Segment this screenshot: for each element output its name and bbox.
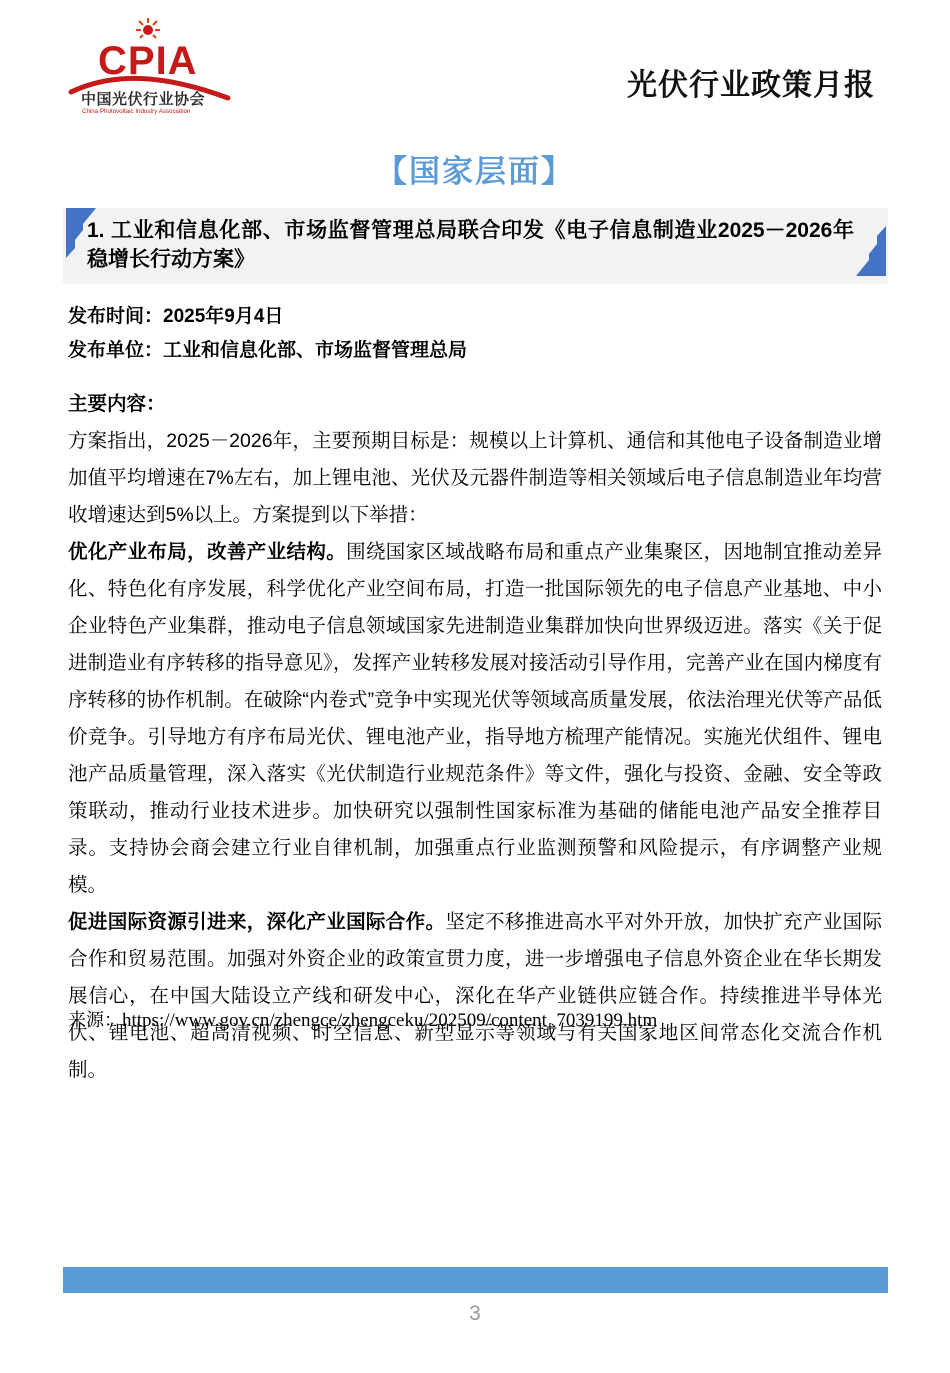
report-title: 光伏行业政策月报 (627, 60, 875, 104)
content-heading: 主要内容： (68, 386, 882, 423)
cpia-logo: CPIA 中国光伏行业协会 China Photovoltaic Industr… (68, 16, 233, 116)
logo-name-cn: 中国光伏行业协会 (81, 90, 205, 108)
paragraph-text: 方案指出，2025－2026年，主要预期目标是：规模以上计算机、通信和其他电子设… (68, 430, 882, 526)
paragraph-text: 围绕国家区域战略布局和重点产业集聚区，因地制宜推动差异化、特色化有序发展，科学优… (68, 541, 882, 896)
footer-bar (63, 1267, 888, 1293)
paragraph-goals: 方案指出，2025－2026年，主要预期目标是：规模以上计算机、通信和其他电子设… (68, 423, 882, 534)
publish-time-label: 发布时间： (68, 306, 163, 327)
publish-unit-row: 发布单位：工业和信息化部、市场监督管理总局 (68, 334, 882, 368)
publish-unit-label: 发布单位： (68, 340, 163, 361)
paragraph-lead: 优化产业布局，改善产业结构。 (68, 541, 346, 563)
article-title-banner: 1. 工业和信息化部、市场监督管理总局联合印发《电子信息制造业2025－2026… (63, 208, 888, 284)
page-number: 3 (0, 1302, 950, 1326)
sunburst-icon (136, 18, 160, 38)
source-label: 来源： (68, 1010, 122, 1030)
paragraph-text: 坚定不移推进高水平对外开放，加快扩充产业国际合作和贸易范围。加强对外资企业的政策… (68, 911, 882, 1081)
paragraph-industry-layout: 优化产业布局，改善产业结构。围绕国家区域战略布局和重点产业集聚区，因地制宜推动差… (68, 534, 882, 904)
banner-corner-decoration-top-left (66, 208, 98, 260)
article-content: 主要内容： 方案指出，2025－2026年，主要预期目标是：规模以上计算机、通信… (68, 386, 882, 1089)
publish-time-value: 2025年9月4日 (163, 306, 283, 327)
logo-name-en: China Photovoltaic Industry Association (82, 108, 191, 115)
source-url: https://www.gov.cn/zhengce/zhengceku/202… (122, 1010, 657, 1031)
paragraph-international-cooperation: 促进国际资源引进来，深化产业国际合作。坚定不移推进高水平对外开放，加快扩充产业国… (68, 904, 882, 1089)
banner-corner-decoration-bottom-right (856, 226, 888, 278)
article-meta: 发布时间：2025年9月4日 发布单位：工业和信息化部、市场监督管理总局 (68, 300, 882, 368)
section-header-national-level: 【国家层面】 (0, 146, 950, 191)
source-line: 来源：https://www.gov.cn/zhengce/zhengceku/… (68, 1006, 882, 1032)
document-page: CPIA 中国光伏行业协会 China Photovoltaic Industr… (0, 0, 950, 1373)
paragraph-lead: 促进国际资源引进来，深化产业国际合作。 (68, 911, 445, 933)
publish-time-row: 发布时间：2025年9月4日 (68, 300, 882, 334)
publish-unit-value: 工业和信息化部、市场监督管理总局 (163, 340, 467, 361)
article-title: 1. 工业和信息化部、市场监督管理总局联合印发《电子信息制造业2025－2026… (87, 216, 854, 274)
